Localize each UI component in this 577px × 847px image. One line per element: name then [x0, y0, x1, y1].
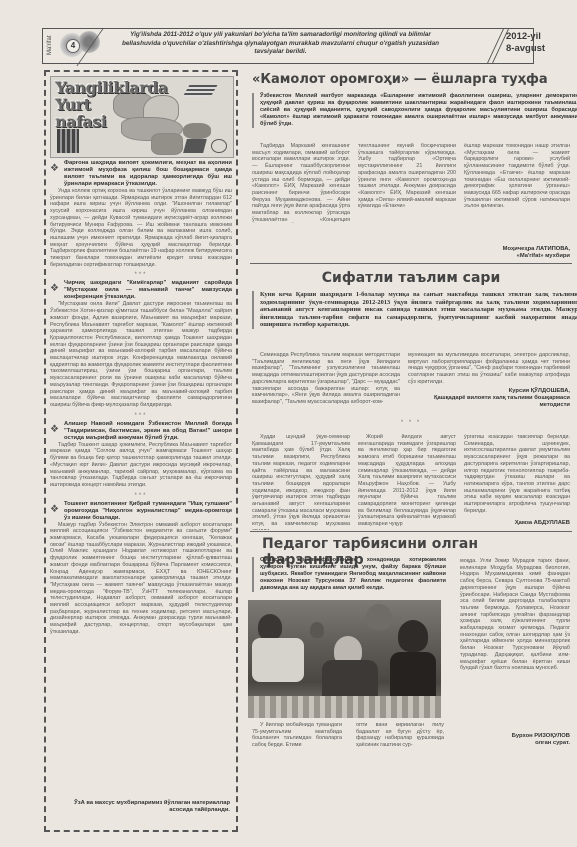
news-item-body: "Мустаҳкам оила йили" Давлат дастури ижр… — [50, 301, 232, 408]
article-column: моқда. Ўғли Зокир Мурадов тарих фани, ке… — [460, 558, 570, 724]
article-column: ёшлар маркази томонидан нашр этилган «Му… — [464, 143, 570, 208]
photo-person — [398, 620, 428, 652]
photo-person — [310, 622, 324, 638]
news-digest-banner: Yangiliklarda Yurt nafasi — [50, 76, 234, 158]
news-item-body: Мазкур тадбир Ўзбекистон Электрон оммави… — [50, 522, 232, 636]
issue-day: 8-avgust — [506, 43, 574, 55]
ornament-bullet-icon: ❖ — [50, 283, 59, 294]
article-column: ўргатиш юзасидан тавсиялар берилди. Семи… — [464, 434, 570, 518]
article-lead: Ўзбекистон Миллий матбуот марказида «Ёшл… — [252, 93, 577, 128]
section-divider — [250, 263, 572, 264]
news-item: ❖ Чирчиқ шаҳридаги "Кимёгарлар" маданият… — [50, 280, 232, 408]
news-digest-items: ❖ Фарғона шаҳрида вилоят ҳокимлиги, меҳн… — [50, 160, 232, 822]
photo-person — [258, 614, 282, 640]
photo-person — [252, 638, 304, 682]
news-item: ❖ Фарғона шаҳрида вилоят ҳокимлиги, меҳн… — [50, 160, 232, 268]
article-title: Сифатли таълим сари — [250, 270, 572, 286]
article-column: Семинарда Республика таълим маркази мето… — [252, 352, 400, 408]
article-title: «Камолот оромгоҳи» — ёшларга туҳфа — [252, 72, 572, 87]
brand-label: Ma'rifat — [42, 28, 57, 62]
laptop-icon — [183, 139, 207, 153]
news-item-body: Тадбир Тошкент шаҳар ҳокимлиги, Республи… — [50, 442, 232, 489]
article-author: Моҳичеҳра ЛАТИПОВА, «Ma'rifat» мухбири — [440, 246, 570, 260]
article-column: опти вани кириилаган пилу бадаалат ая бу… — [356, 722, 444, 748]
news-item-body: Унда коллеж ортиқ корхона ва ташкилот ўз… — [50, 188, 232, 268]
article-author: Ҳамза АБДУЛЛАЕВ — [470, 520, 570, 527]
issue-year: 2012-yil — [506, 31, 574, 43]
section-separator: * * * — [250, 420, 572, 426]
article-column: У йиллар мобайнида тумандаги 75-умумтаъл… — [252, 722, 342, 748]
page-number: 4 — [66, 39, 80, 53]
ornament-bullet-icon: ❖ — [50, 163, 59, 174]
issue-date: 2012-yil 8-avgust — [506, 31, 574, 55]
news-digest-title: Yangiliklarda Yurt nafasi — [55, 79, 168, 130]
article-author: Бурхон РИЗОҚУЛОВ олган сурат. — [470, 733, 570, 747]
news-item-headline: Тошкент вилоятининг Қибрай туманидаги "И… — [50, 501, 232, 522]
section-divider — [250, 531, 572, 532]
article-lead: Куни кеча Қарши шаҳридаги 1-болалар муси… — [252, 291, 577, 329]
map-region-shape — [183, 123, 211, 139]
article-photo — [248, 600, 441, 718]
article-column: тинглашнинг якуний босқичларини ўтказишг… — [358, 143, 456, 223]
ornament-bullet-icon: ❖ — [50, 504, 59, 515]
article-lead: Оиласида тинчлик-фаровонлик, хонадонида … — [252, 557, 446, 592]
news-item-headline: Фарғона шаҳрида вилоят ҳокимлиги, меҳнат… — [50, 160, 232, 188]
books-icon — [57, 129, 79, 153]
ornament-bullet-icon: ❖ — [50, 424, 59, 435]
news-item-headline: Алишер Навоий номидаги Ўзбекистон Миллий… — [50, 421, 232, 442]
digest-signature: ЎзА ва махсус мухбирларимиз йўллаган мат… — [50, 800, 230, 814]
article-column: муникация ва мультимедиа воситалари, эле… — [408, 352, 570, 392]
map-region-shape — [151, 133, 183, 155]
headphones-icon — [211, 139, 227, 153]
article-author: Курсия ҚЎЛДОШЕВА, Қашқадарё вилояти халқ… — [420, 388, 570, 409]
photo-tablecloth — [248, 696, 441, 718]
gear-icon — [78, 31, 100, 53]
article-column: Тадбирда Марказий кенгашнинг масъул ходи… — [252, 143, 350, 223]
header-tagline: Yig'ilishda 2011-2012 o'quv yili yakunla… — [118, 31, 443, 57]
photo-person — [366, 604, 392, 630]
news-item: ❖ Алишер Навоий номидаги Ўзбекистон Милл… — [50, 421, 232, 489]
flag-icon — [183, 85, 218, 97]
news-item: ❖ Тошкент вилоятининг Қибрай туманидаги … — [50, 501, 232, 636]
article-column: Худди шундай ўқув-семинар Қамашидаги 17-… — [252, 434, 350, 530]
news-item-headline: Чирчиқ шаҳридаги "Кимёгарлар" маданият с… — [50, 280, 232, 301]
section-separator: *** — [50, 272, 232, 278]
section-separator: *** — [50, 413, 232, 419]
gear-logo-icon: 4 — [58, 31, 100, 59]
article-column: Жорий йилдаги август кенгашларида тизимд… — [358, 434, 456, 530]
section-separator: *** — [50, 493, 232, 499]
